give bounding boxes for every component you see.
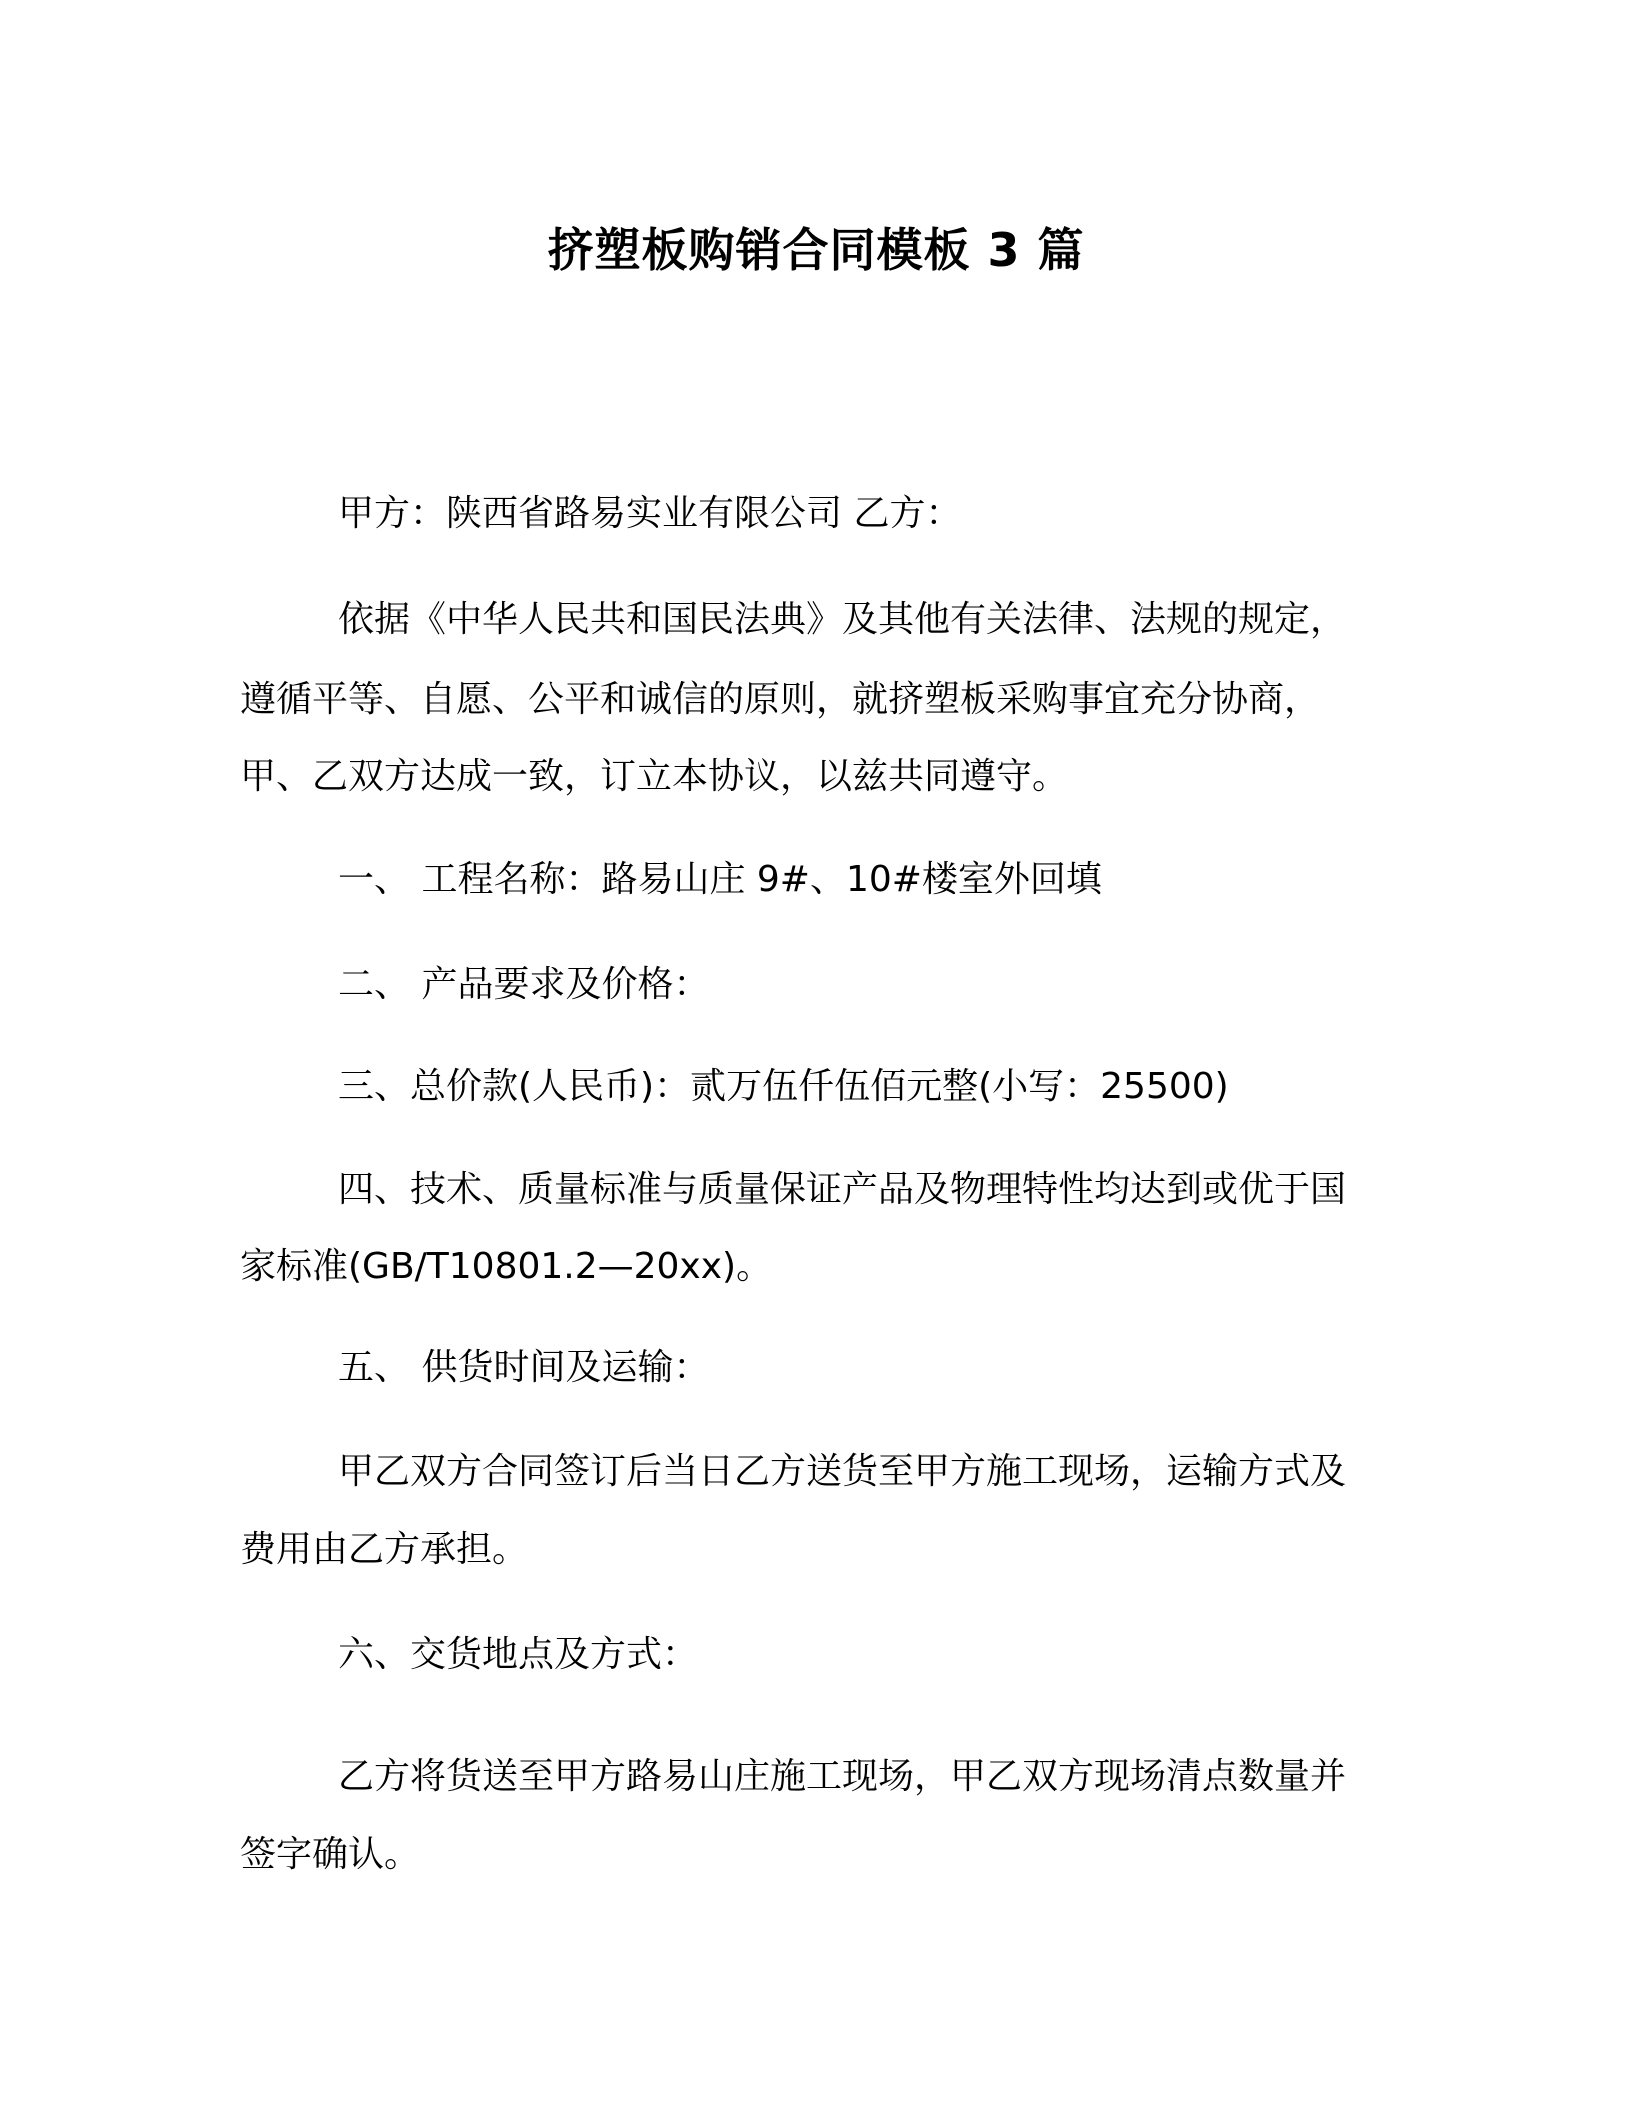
- party-line: 甲方：陕西省路易实业有限公司 乙方：: [338, 490, 961, 538]
- clause-4-quality-line-1: 四、技术、质量标准与质量保证产品及物理特性均达到或优于国: [338, 1166, 1346, 1214]
- preamble-line-3: 甲、乙双方达成一致，订立本协议，以兹共同遵守。: [240, 753, 1068, 801]
- document-page: 挤塑板购销合同模板 3 篇 甲方：陕西省路易实业有限公司 乙方： 依据《中华人民…: [0, 0, 1632, 2112]
- clause-4-quality-line-2: 家标准(GB/T10801.2—20xx)。: [240, 1243, 772, 1291]
- clause-5-body-line-1: 甲乙双方合同签订后当日乙方送货至甲方施工现场，运输方式及: [338, 1448, 1346, 1496]
- clause-6-delivery-place: 六、交货地点及方式：: [338, 1631, 698, 1679]
- clause-5-body-line-2: 费用由乙方承担。: [240, 1526, 528, 1574]
- clause-1-project-name: 一、 工程名称：路易山庄 9#、10#楼室外回填: [338, 856, 1102, 904]
- document-title: 挤塑板购销合同模板 3 篇: [0, 222, 1632, 278]
- preamble-line-1: 依据《中华人民共和国民法典》及其他有关法律、法规的规定，: [338, 596, 1346, 644]
- clause-6-body-line-2: 签字确认。: [240, 1831, 420, 1879]
- clause-5-delivery-transport: 五、 供货时间及运输：: [338, 1344, 709, 1392]
- clause-6-body-line-1: 乙方将货送至甲方路易山庄施工现场，甲乙双方现场清点数量并: [338, 1753, 1346, 1801]
- clause-3-total-price: 三、总价款(人民币)：贰万伍仟伍佰元整(小写：25500): [338, 1063, 1229, 1111]
- clause-2-product-requirements: 二、 产品要求及价格：: [338, 961, 709, 1009]
- preamble-line-2: 遵循平等、自愿、公平和诚信的原则，就挤塑板采购事宜充分协商，: [240, 676, 1320, 724]
